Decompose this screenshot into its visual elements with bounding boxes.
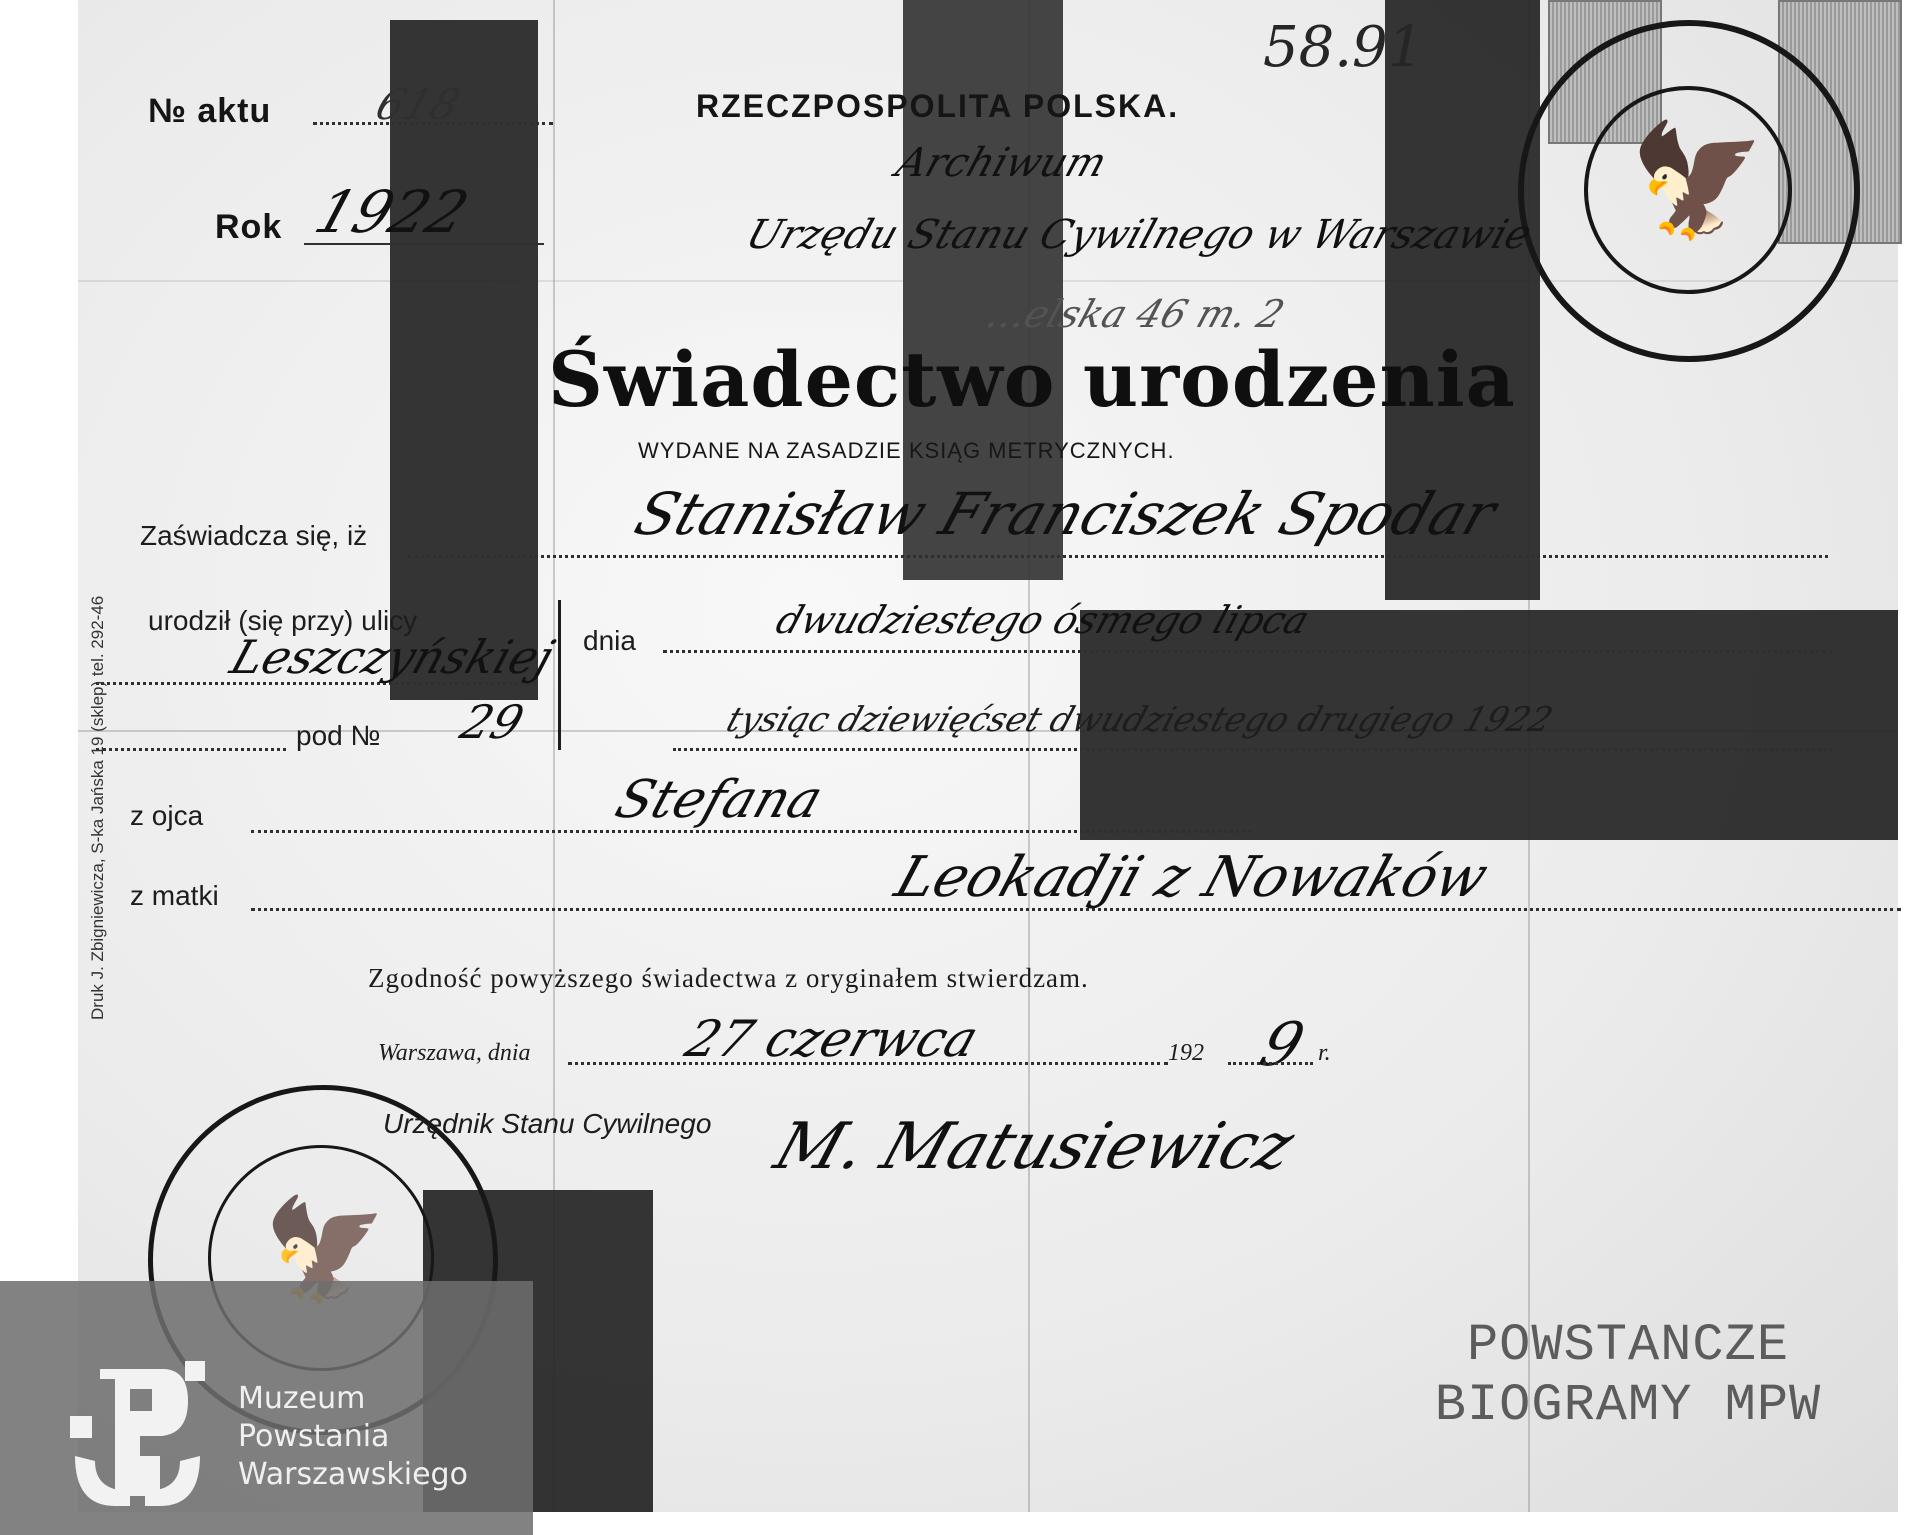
father-label: z ojca bbox=[130, 800, 203, 832]
official-label: Urzędnik Stanu Cywilnego bbox=[383, 1108, 711, 1140]
document-title: Świadectwo urodzenia bbox=[548, 335, 1516, 424]
certifies-value: Stanisław Franciszek Spodar bbox=[627, 480, 1504, 548]
year-label: Rok bbox=[215, 208, 282, 247]
museum-name-line-1: Muzeum bbox=[238, 1380, 468, 1418]
kotwica-anchor-icon bbox=[70, 1361, 205, 1511]
day-line bbox=[663, 650, 1833, 653]
watermark-line-1: POWSTANCZE bbox=[1418, 1316, 1838, 1376]
act-number-value: 618 bbox=[370, 80, 466, 129]
issuer-line-2: Urzędu Stanu Cywilnego w Warszawie bbox=[741, 212, 1538, 258]
year-prefix: 192 bbox=[1168, 1040, 1204, 1067]
street-value: Leszczyńskiej bbox=[224, 630, 560, 684]
house-line-left bbox=[96, 748, 286, 751]
issuer-line-1: Archiwum bbox=[891, 140, 1113, 186]
house-number-label: pod № bbox=[296, 720, 381, 752]
certification-statement: Zgodność powyższego świadectwa z orygina… bbox=[368, 963, 1089, 994]
watermark-line-2: BIOGRAMY MPW bbox=[1418, 1376, 1838, 1436]
mother-value: Leokadji z Nowaków bbox=[887, 845, 1495, 910]
museum-logo-overlay: Muzeum Powstania Warszawskiego bbox=[0, 1281, 533, 1535]
father-value: Stefana bbox=[608, 770, 830, 830]
father-line bbox=[251, 830, 1251, 833]
year-text-line bbox=[673, 748, 1833, 751]
museum-name-line-2: Powstania bbox=[238, 1418, 468, 1456]
printer-note: Druk J. Zbigniewicza, S-ka Jańska 19 (sk… bbox=[88, 596, 108, 1020]
year-line bbox=[1228, 1062, 1313, 1065]
column-divider bbox=[558, 600, 561, 750]
museum-name: Muzeum Powstania Warszawskiego bbox=[238, 1380, 468, 1494]
year-text-value: tysiąc dziewięćset dwudziestego drugiego… bbox=[722, 700, 1558, 740]
place-date-label: Warszawa, dnia bbox=[378, 1040, 530, 1067]
house-number-value: 29 bbox=[454, 695, 530, 749]
year-value: 1922 bbox=[307, 178, 477, 246]
mother-label: z matki bbox=[130, 880, 219, 912]
issuer-line-3: …elska 46 m. 2 bbox=[981, 292, 1290, 336]
eagle-icon: 🦅 bbox=[1629, 126, 1766, 236]
year-end: r. bbox=[1318, 1040, 1331, 1067]
official-seal-top: 🦅 bbox=[1518, 20, 1860, 362]
museum-name-line-3: Warszawskiego bbox=[238, 1456, 468, 1494]
year-suffix: 9 bbox=[1252, 1010, 1313, 1080]
date-value: 27 czerwca bbox=[679, 1010, 986, 1068]
document-subtitle: WYDANE NA ZASADZIE KSIĄG METRYCZNYCH. bbox=[638, 438, 1175, 464]
certifies-label: Zaświadcza się, iż bbox=[140, 520, 367, 552]
day-label: dnia bbox=[583, 625, 636, 657]
archive-number: 58.91 bbox=[1263, 15, 1423, 80]
act-number-label: № aktu bbox=[148, 92, 271, 131]
certifies-line bbox=[408, 555, 1828, 558]
biogram-watermark: POWSTANCZE BIOGRAMY MPW bbox=[1418, 1316, 1838, 1436]
country-heading: RZECZPOSPOLITA POLSKA. bbox=[696, 88, 1179, 125]
official-signature: M. Matusiewicz bbox=[766, 1110, 1303, 1184]
day-value: dwudziestego ósmego lipca bbox=[771, 598, 1315, 642]
